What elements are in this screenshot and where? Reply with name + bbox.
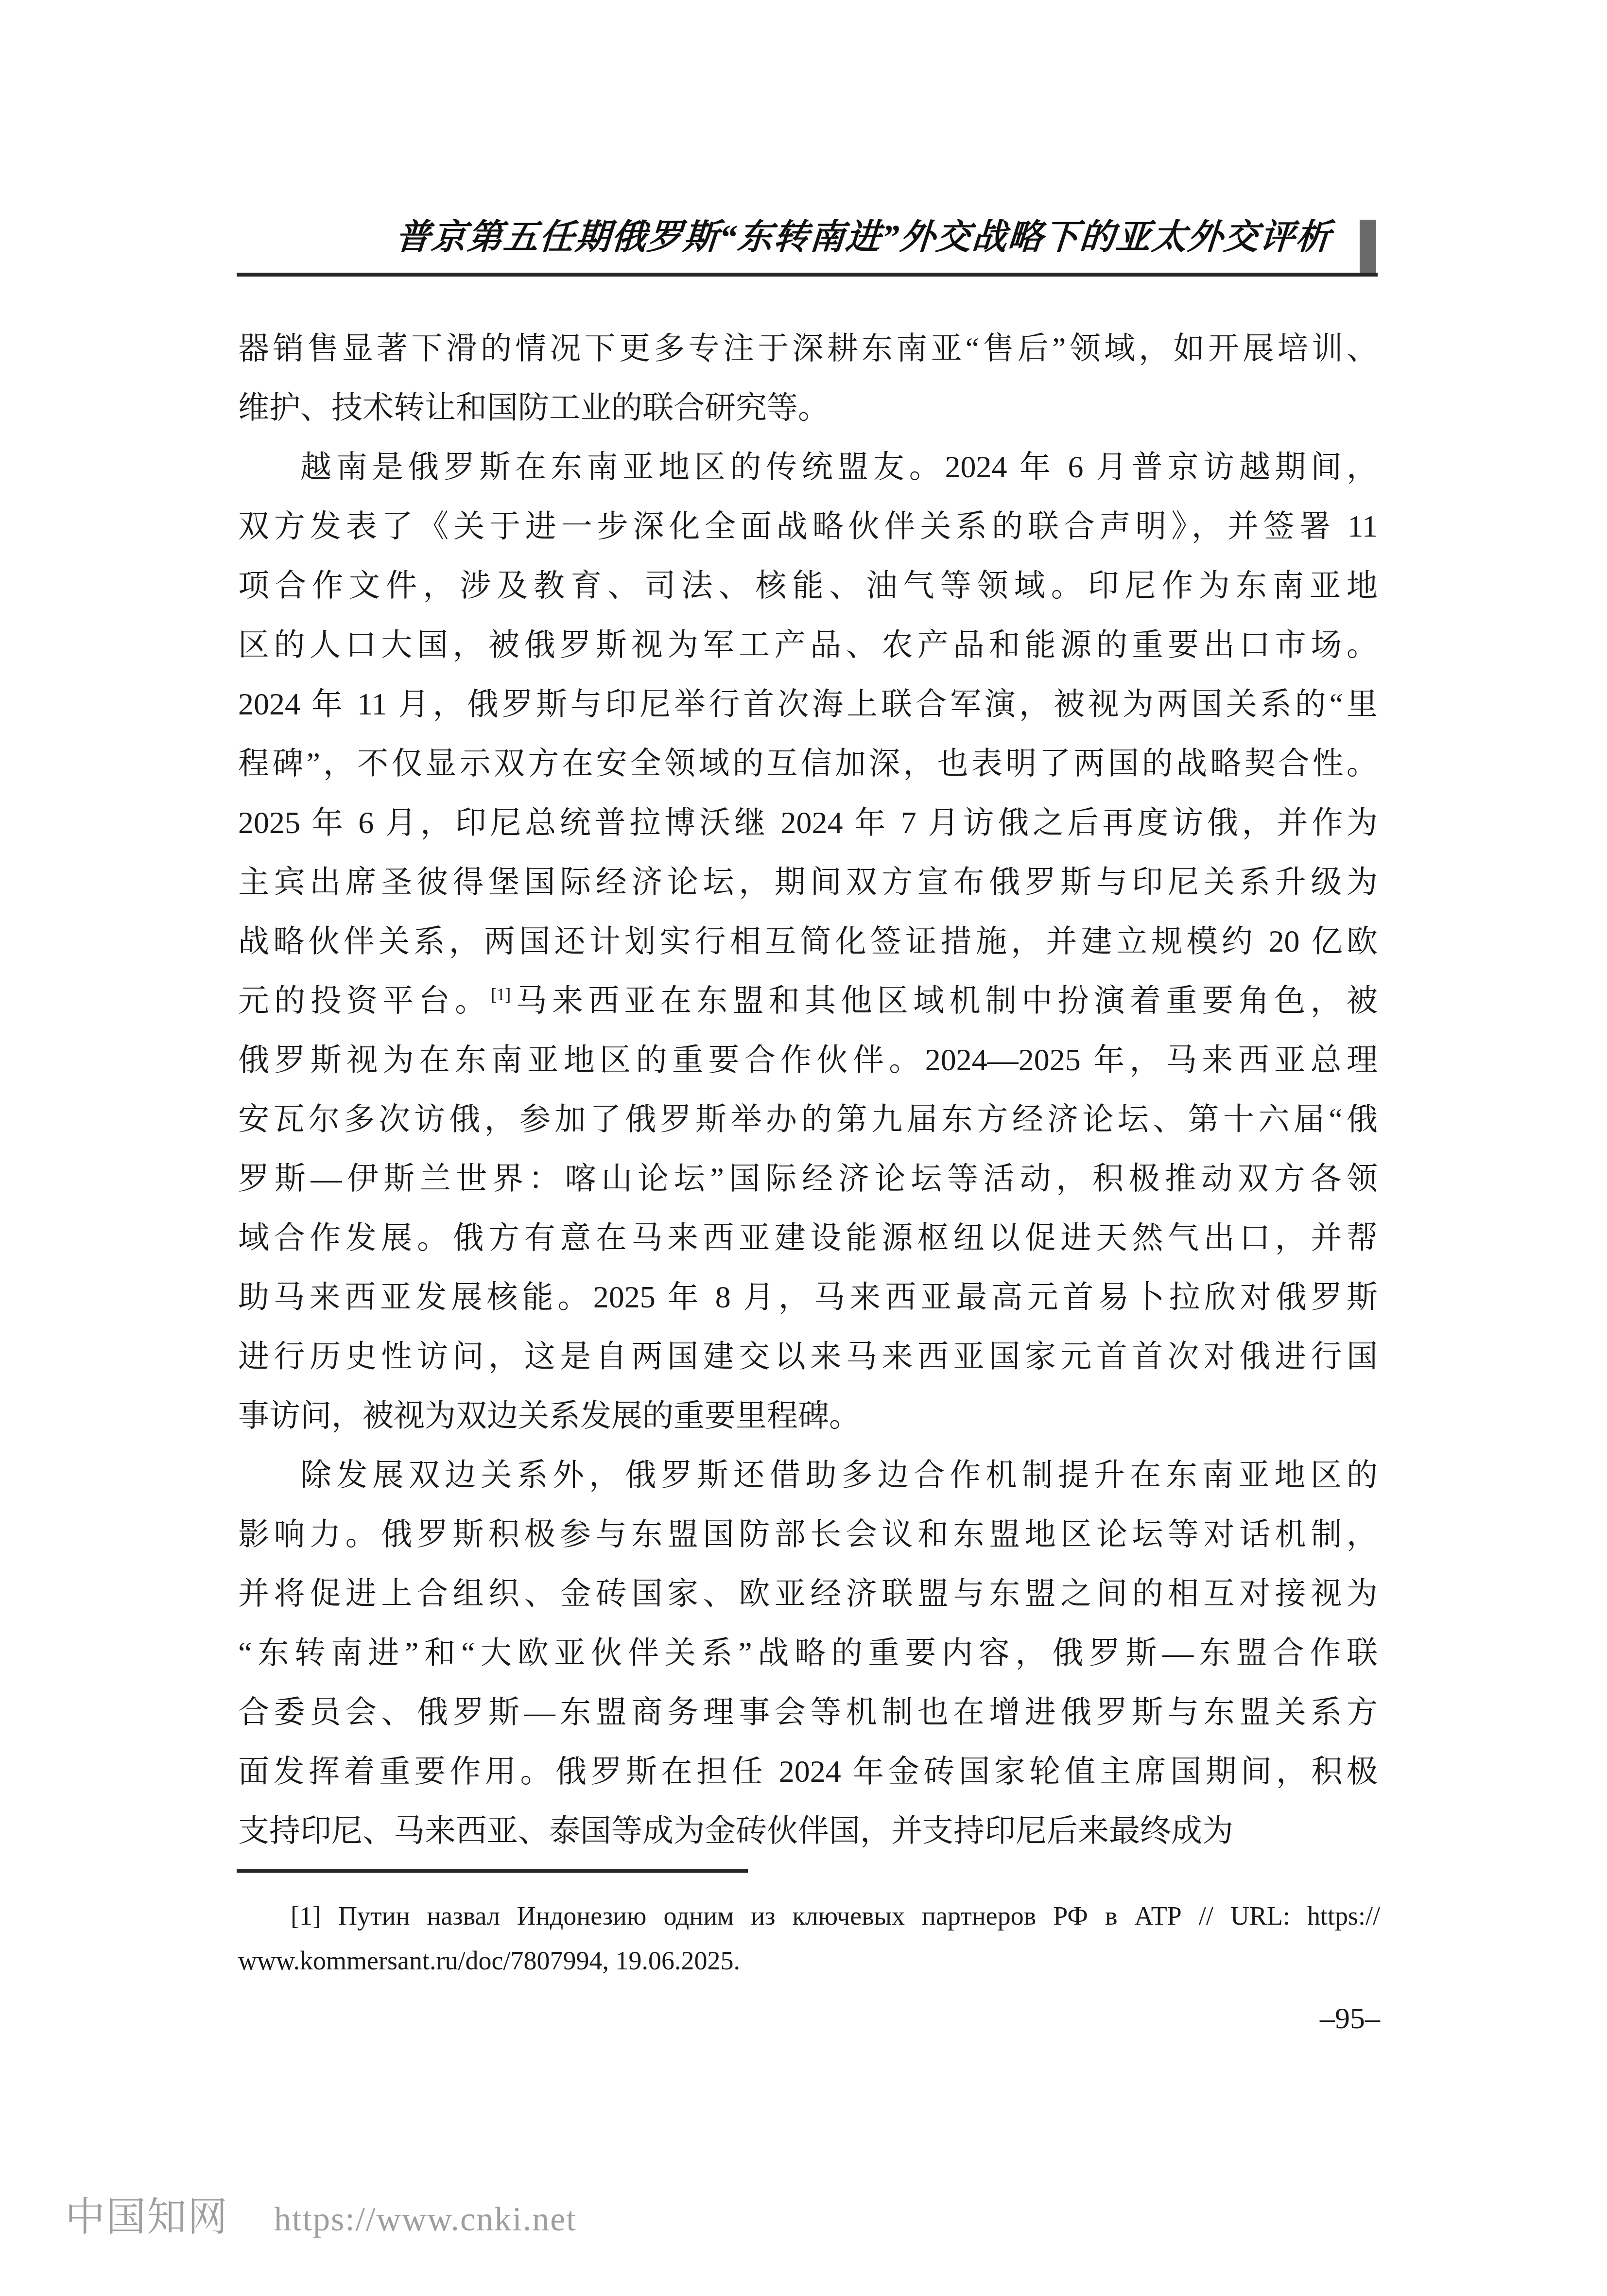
body-line: “东转南进”和“大欧亚伙伴关系”战略的重要内容，俄罗斯—东盟合作联 — [238, 1623, 1378, 1683]
body-line: 项合作文件，涉及教育、司法、核能、油气等领域。印尼作为东南亚地 — [238, 556, 1378, 615]
body-line: 主宾出席圣彼得堡国际经济论坛，期间双方宣布俄罗斯与印尼关系升级为 — [238, 852, 1378, 912]
body-line-text: 马来西亚在东盟和其他区域机制中扮演着重要角色，被 — [511, 983, 1378, 1018]
body-line: 进行历史性访问，这是自两国建交以来马来西亚国家元首首次对俄进行国 — [238, 1327, 1378, 1386]
footnote-marker: [1] — [491, 985, 511, 1004]
article-title: 普京第五任期俄罗斯“东转南进”外交战略下的亚太外交评析 — [237, 220, 1332, 255]
cnki-watermark: 中国知网 https://www.cnki.net — [65, 2185, 577, 2242]
footnote-line: www.kommersant.ru/doc/7807994, 19.06.202… — [238, 1938, 1380, 1983]
footnote-divider — [237, 1869, 748, 1873]
footnote-block: [1] Путин назвал Индонезию одним из ключ… — [238, 1894, 1380, 1983]
body-text-block: 器销售显著下滑的情况下更多专注于深耕东南亚“售后”领域，如开展培训、维护、技术转… — [238, 319, 1378, 1861]
body-line: 维护、技术转让和国防工业的联合研究等。 — [238, 378, 1378, 437]
body-line: 事访问，被视为双边关系发展的重要里程碑。 — [238, 1386, 1378, 1445]
body-line: 区的人口大国，被俄罗斯视为军工产品、农产品和能源的重要出口市场。 — [238, 615, 1378, 675]
body-line: 罗斯—伊斯兰世界：喀山论坛”国际经济论坛等活动，积极推动双方各领 — [238, 1149, 1378, 1208]
body-line: 域合作发展。俄方有意在马来西亚建设能源枢纽以促进天然气出口，并帮 — [238, 1208, 1378, 1268]
cnki-logo-text: 中国知网 — [65, 2185, 228, 2242]
body-line: 2025 年 6 月，印尼总统普拉博沃继 2024 年 7 月访俄之后再度访俄，… — [238, 793, 1378, 852]
body-line: 面发挥着重要作用。俄罗斯在担任 2024 年金砖国家轮值主席国期间，积极 — [238, 1742, 1378, 1801]
body-line: 除发展双边关系外，俄罗斯还借助多边合作机制提升在东南亚地区的 — [238, 1445, 1378, 1505]
body-line: 安瓦尔多次访俄，参加了俄罗斯举办的第九届东方经济论坛、第十六届“俄 — [238, 1090, 1378, 1149]
header-rule — [237, 273, 1378, 277]
body-line-text: 元的投资平台。 — [238, 983, 491, 1018]
body-line: 2024 年 11 月，俄罗斯与印尼举行首次海上联合军演，被视为两国关系的“里 — [238, 675, 1378, 734]
body-line: 越南是俄罗斯在东南亚地区的传统盟友。2024 年 6 月普京访越期间， — [238, 437, 1378, 497]
cnki-url-text: https://www.cnki.net — [274, 2200, 577, 2239]
footnote-line: [1] Путин назвал Индонезию одним из ключ… — [238, 1894, 1380, 1938]
body-line: 俄罗斯视为在东南亚地区的重要合作伙伴。2024—2025 年，马来西亚总理 — [238, 1030, 1378, 1090]
body-line: 双方发表了《关于进一步深化全面战略伙伴关系的联合声明》，并签署 11 — [238, 497, 1378, 556]
body-line: 程碑”，不仅显示双方在安全领域的互信加深，也表明了两国的战略契合性。 — [238, 734, 1378, 793]
header-accent-bar — [1360, 220, 1376, 274]
body-line: 合委员会、俄罗斯—东盟商务理事会等机制也在增进俄罗斯与东盟关系方 — [238, 1683, 1378, 1742]
body-line: 助马来西亚发展核能。2025 年 8 月，马来西亚最高元首易卜拉欣对俄罗斯 — [238, 1268, 1378, 1327]
body-line: 影响力。俄罗斯积极参与东盟国防部长会议和东盟地区论坛等对话机制， — [238, 1505, 1378, 1564]
body-line: 战略伙伴关系，两国还计划实行相互简化签证措施，并建立规模约 20 亿欧 — [238, 912, 1378, 971]
journal-page: 普京第五任期俄罗斯“东转南进”外交战略下的亚太外交评析 器销售显著下滑的情况下更… — [0, 0, 1607, 2296]
body-line: 并将促进上合组织、金砖国家、欧亚经济联盟与东盟之间的相互对接视为 — [238, 1564, 1378, 1623]
page-number: –95– — [238, 2001, 1380, 2036]
body-line: 器销售显著下滑的情况下更多专注于深耕东南亚“售后”领域，如开展培训、 — [238, 319, 1378, 378]
body-line: 元的投资平台。[1]马来西亚在东盟和其他区域机制中扮演着重要角色，被 — [238, 971, 1378, 1030]
body-line: 支持印尼、马来西亚、泰国等成为金砖伙伴国，并支持印尼后来最终成为 — [238, 1801, 1378, 1861]
